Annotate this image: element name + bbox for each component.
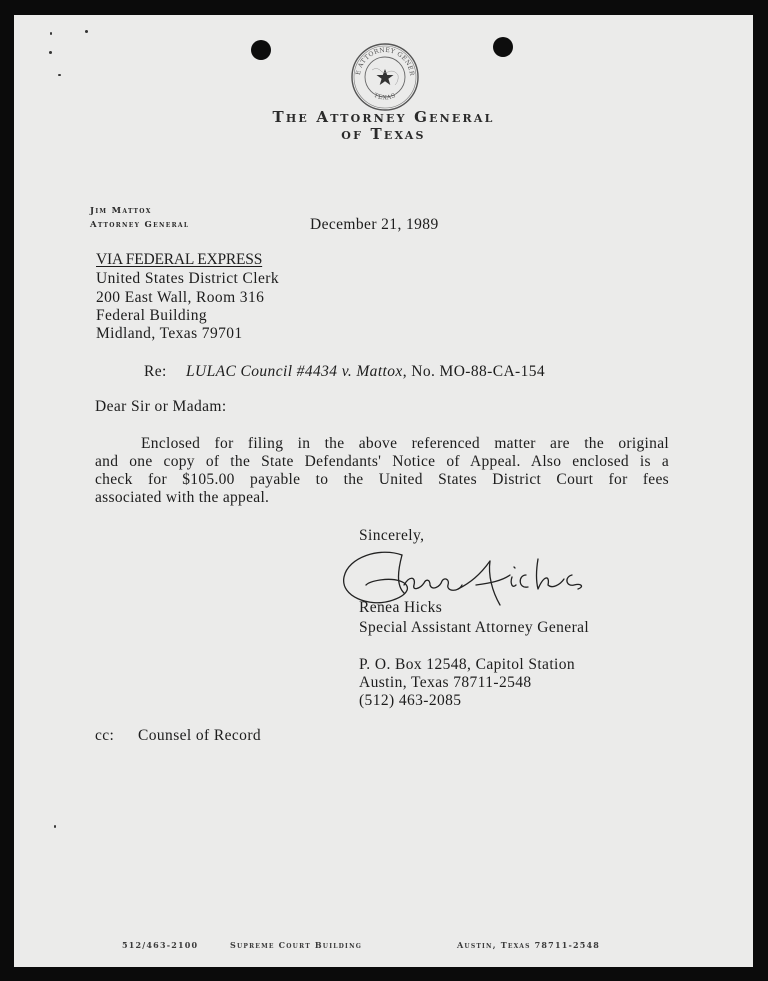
signer-name: Renea Hicks xyxy=(359,599,442,617)
punch-hole-right xyxy=(493,37,513,57)
body-line: and one copy of the State Defendants' No… xyxy=(95,453,669,471)
recipient-line: 200 East Wall, Room 316 xyxy=(96,289,264,307)
official-name: Jim Mattox xyxy=(90,206,152,216)
body-paragraph: Enclosed for filing in the above referen… xyxy=(95,435,669,507)
body-line: associated with the appeal. xyxy=(95,489,669,507)
re-label: Re: xyxy=(144,363,167,381)
letterhead-title-line2: of Texas xyxy=(14,125,753,143)
svg-text:TEXAS: TEXAS xyxy=(373,92,398,102)
recipient-line: Federal Building xyxy=(96,307,207,325)
letterhead-title-line1: The Attorney General xyxy=(14,108,753,126)
speck xyxy=(49,51,52,54)
letter-page: THE ATTORNEY GENERAL TEXAS The Attorney … xyxy=(14,15,753,967)
speck xyxy=(85,30,88,33)
texas-attorney-general-seal-icon: THE ATTORNEY GENERAL TEXAS xyxy=(350,42,420,112)
cc-label: cc: xyxy=(95,727,114,745)
footer-building: Supreme Court Building xyxy=(230,940,362,950)
punch-hole-left xyxy=(251,40,271,60)
re-case-number: , No. MO-88-CA-154 xyxy=(403,363,545,380)
re-line: LULAC Council #4434 v. Mattox, No. MO-88… xyxy=(186,363,545,381)
speck xyxy=(50,32,52,35)
signer-title: Special Assistant Attorney General xyxy=(359,619,589,637)
delivery-method: VIA FEDERAL EXPRESS xyxy=(96,251,262,269)
recipient-line: United States District Clerk xyxy=(96,270,279,288)
signer-address-line: P. O. Box 12548, Capitol Station xyxy=(359,656,575,674)
speck xyxy=(58,74,61,76)
letter-date: December 21, 1989 xyxy=(310,216,439,234)
closing: Sincerely, xyxy=(359,527,424,545)
body-line: check for $105.00 payable to the United … xyxy=(95,471,669,489)
footer-city: Austin, Texas 78711-2548 xyxy=(457,940,600,950)
recipient-line: Midland, Texas 79701 xyxy=(96,325,243,343)
footer-phone: 512/463-2100 xyxy=(122,940,198,950)
signer-address-line: Austin, Texas 78711-2548 xyxy=(359,674,532,692)
speck xyxy=(54,825,56,828)
official-title: Attorney General xyxy=(90,220,189,230)
salutation: Dear Sir or Madam: xyxy=(95,398,227,416)
signer-phone: (512) 463-2085 xyxy=(359,692,461,710)
cc-value: Counsel of Record xyxy=(138,727,261,745)
re-case-name: LULAC Council #4434 v. Mattox xyxy=(186,363,403,380)
body-line: Enclosed for filing in the above referen… xyxy=(95,435,669,453)
